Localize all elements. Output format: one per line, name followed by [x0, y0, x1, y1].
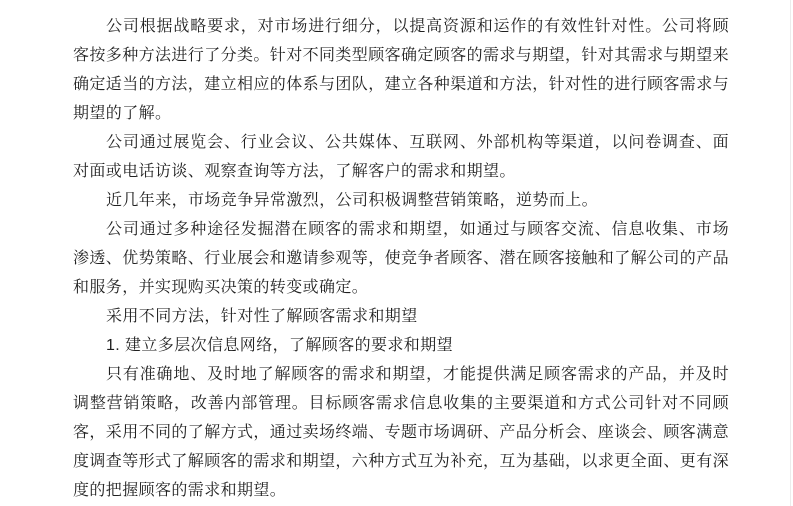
subheading-different-methods: 采用不同方法，针对性了解顾客需求和期望 — [73, 302, 729, 331]
document-page: 公司根据战略要求，对市场进行细分，以提高资源和运作的有效性针对性。公司将顾客按多… — [0, 0, 793, 506]
paragraph-market-competition: 近几年来，市场竞争异常激烈，公司积极调整营销策略，逆势而上。 — [73, 186, 729, 215]
paragraph-six-methods: 只有准确地、及时地了解顾客的需求和期望，才能提供满足顾客需求的产品，并及时调整营… — [73, 360, 729, 505]
paragraph-potential-customers: 公司通过多种途径发掘潜在顾客的需求和期望，如通过与顾客交流、信息收集、市场渗透、… — [73, 215, 729, 302]
page-edge-divider — [790, 0, 791, 506]
list-item-1-info-network: 1. 建立多层次信息网络，了解顾客的要求和期望 — [73, 331, 729, 360]
paragraph-market-segmentation: 公司根据战略要求，对市场进行细分，以提高资源和运作的有效性针对性。公司将顾客按多… — [73, 12, 729, 128]
paragraph-channels-methods: 公司通过展览会、行业会议、公共媒体、互联网、外部机构等渠道，以问卷调查、面对面或… — [73, 128, 729, 186]
document-text-block: 公司根据战略要求，对市场进行细分，以提高资源和运作的有效性针对性。公司将顾客按多… — [73, 12, 729, 505]
